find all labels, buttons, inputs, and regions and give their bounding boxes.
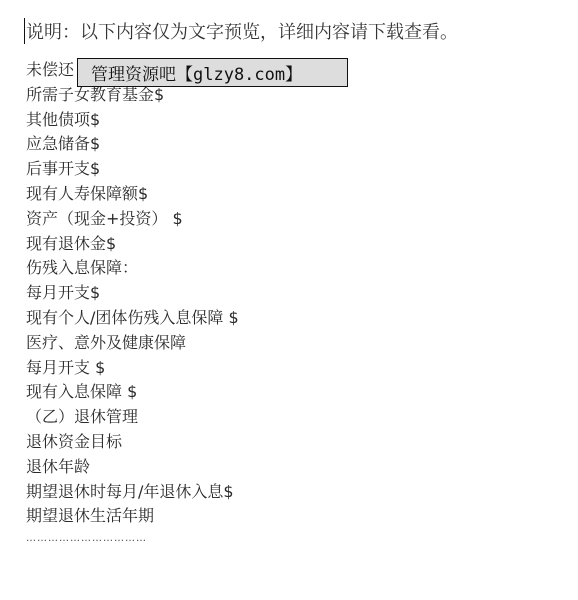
document-line: 现有入息保障 $ (26, 380, 239, 405)
watermark-banner: 管理资源吧【glzy8.com】 (77, 58, 348, 87)
document-line: 医疗、意外及健康保障 (26, 331, 239, 356)
document-line: 每月开支 $ (26, 356, 239, 381)
document-line: 期望退休时每月/年退休入息$ (26, 480, 239, 505)
watermark-text: 管理资源吧【glzy8.com】 (91, 60, 302, 85)
document-line: 资产（现金+投资） $ (26, 207, 239, 232)
document-line: 期望退休生活年期 (26, 504, 239, 529)
document-line: 现有个人/团体伤残入息保障 $ (26, 306, 239, 331)
preview-notice: 说明：以下内容仅为文字预览，详细内容请下载查看。 (24, 17, 458, 45)
text-cursor (24, 18, 25, 44)
document-line: 现有退休金$ (26, 232, 239, 257)
document-body: 未偿还 所需子女教育基金$ 其他债项$ 应急储备$ 后事开支$ 现有人寿保障额$… (26, 58, 239, 549)
document-line: 后事开支$ (26, 157, 239, 182)
document-line: 应急储备$ (26, 132, 239, 157)
document-line: 其他债项$ (26, 108, 239, 133)
document-line: 每月开支$ (26, 281, 239, 306)
document-line: 退休资金目标 (26, 430, 239, 455)
document-line: 伤残入息保障： (26, 256, 239, 281)
ellipsis-dots: …………………………… (26, 529, 239, 549)
preview-notice-text: 说明：以下内容仅为文字预览，详细内容请下载查看。 (26, 18, 458, 44)
document-line: 现有人寿保障额$ (26, 182, 239, 207)
document-line: （乙）退休管理 (26, 405, 239, 430)
document-line: 退休年龄 (26, 455, 239, 480)
